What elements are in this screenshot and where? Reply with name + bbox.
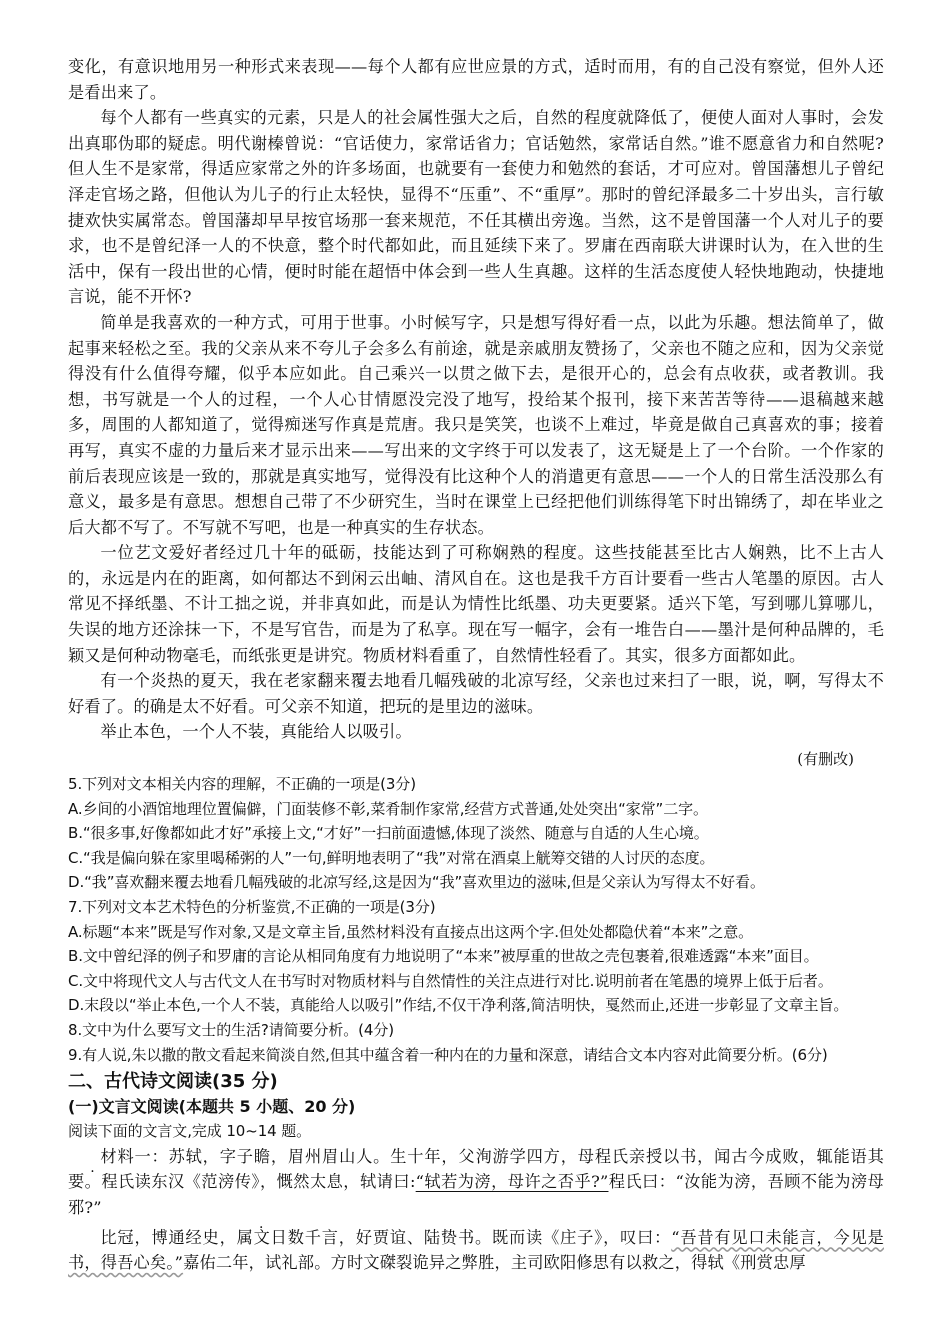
text-segment: 材料一：苏轼，字子瞻，眉州眉山人。生十年，父洵游学四方，母程氏亲授以书，闻古今成… (100, 1147, 884, 1166)
section-ancient-poetry: 二、古代诗文阅读(35 分) (一)文言文阅读(本题共 5 小题、20 分) 阅… (68, 1069, 884, 1276)
question-7-option-c: C.文中将现代文人与古代文人在书写时对物质材料与自然情性的关注点进行对比.说明前… (68, 969, 884, 994)
question-8-stem: 8.文中为什么要写文士的生活?请简要分析。(4分) (68, 1018, 884, 1043)
question-5-option-a: A.乡间的小酒馆地理位置偏僻，门面装修不彰,菜肴制作家常,经营方式普通,处处突出… (68, 797, 884, 822)
passage-paragraph-4: 一位艺文爱好者经过几十年的砥砺，技能达到了可称娴熟的程度。这些技能甚至比古人娴熟… (68, 540, 884, 668)
emphasis-dot-char: 属 (237, 1228, 254, 1247)
question-5-option-d: D.“我”喜欢翻来覆去地看几幅残破的北凉写经,这是因为“我”喜欢里边的滋味,但是… (68, 870, 884, 895)
underlined-sentence: “轼若为滂，母许之否乎?” (416, 1172, 609, 1191)
text-segment: 文日数千言，好贾谊、陆贽书。既而读《庄子》，叹曰： (254, 1228, 672, 1247)
material-1-paragraph-1: 材料一：苏轼，字子瞻，眉州眉山人。生十年，父洵游学四方，母程氏亲授以书，闻古今成… (68, 1144, 884, 1221)
question-7-stem: 7.下列对文本艺术特色的分析鉴赏,不正确的一项是(3分) (68, 895, 884, 920)
material-1-paragraph-2: 比冠，博通经史，属文日数千言，好贾谊、陆贽书。既而读《庄子》，叹曰：“吾昔有见口… (68, 1225, 884, 1276)
emphasis-dot-char: 要 (68, 1172, 85, 1191)
text-segment: 比冠，博通经史， (100, 1228, 236, 1247)
text-segment: 。程氏读东汉《范滂传》，慨然太息，轼请曰: (85, 1172, 416, 1191)
exam-page: 变化，有意识地用另一种形式来表现——每个人都有应世应景的方式，适时而用，有的自己… (68, 54, 884, 1276)
text-segment: 嘉佑二年，试礼部。方时文磔裂诡异之弊胜，主司欧阳修思有以救之，得轼《刑赏忠厚 (183, 1253, 806, 1272)
passage-paragraph-5: 有一个炎热的夏天，我在老家翻来覆去地看几幅残破的北凉写经，父亲也过来扫了一眼，说… (68, 668, 884, 719)
question-9-stem: 9.有人说,朱以撒的散文看起来简淡自然,但其中蕴含着一种内在的力量和深意，请结合… (68, 1043, 884, 1068)
passage: 变化，有意识地用另一种形式来表现——每个人都有应世应景的方式，适时而用，有的自己… (68, 54, 884, 772)
passage-paragraph-1: 变化，有意识地用另一种形式来表现——每个人都有应世应景的方式，适时而用，有的自己… (68, 54, 884, 105)
question-7-option-b: B.文中曾纪泽的例子和罗庸的言论从相同角度有力地说明了“本来”被厚重的世故之壳包… (68, 944, 884, 969)
section-title: 二、古代诗文阅读(35 分) (68, 1069, 884, 1095)
source-note: (有删改) (68, 747, 884, 772)
passage-paragraph-6: 举止本色，一个人不装，真能给人以吸引。 (68, 719, 884, 745)
section-instruction: 阅读下面的文言文,完成 10~14 题。 (68, 1119, 884, 1144)
question-5-stem: 5.下列对文本相关内容的理解，不正确的一项是(3分) (68, 772, 884, 797)
passage-paragraph-2: 每个人都有一些真实的元素，只是人的社会属性强大之后，自然的程度就降低了，便使人面… (68, 105, 884, 310)
questions: 5.下列对文本相关内容的理解，不正确的一项是(3分) A.乡间的小酒馆地理位置偏… (68, 772, 884, 1067)
passage-paragraph-3: 简单是我喜欢的一种方式，可用于世事。小时候写字，只是想写得好看一点，以此为乐趣。… (68, 310, 884, 540)
section-subtitle: (一)文言文阅读(本题共 5 小题、20 分) (68, 1095, 884, 1119)
question-7-option-a: A.标题“本来”既是写作对象,又是文章主旨,虽然材料没有直接点出这两个字.但处处… (68, 920, 884, 945)
question-7-option-d: D.末段以“举止本色,一个人不装，真能给人以吸引”作结,不仅干净利落,简洁明快，… (68, 993, 884, 1018)
question-5-option-c: C.“我是偏向躲在家里喝稀粥的人”一句,鲜明地表明了“我”对常在酒桌上觥筹交错的… (68, 846, 884, 871)
question-5-option-b: B.“很多事,好像都如此才好”承接上文,“才好”一扫前面遗憾,体现了淡然、随意与… (68, 821, 884, 846)
